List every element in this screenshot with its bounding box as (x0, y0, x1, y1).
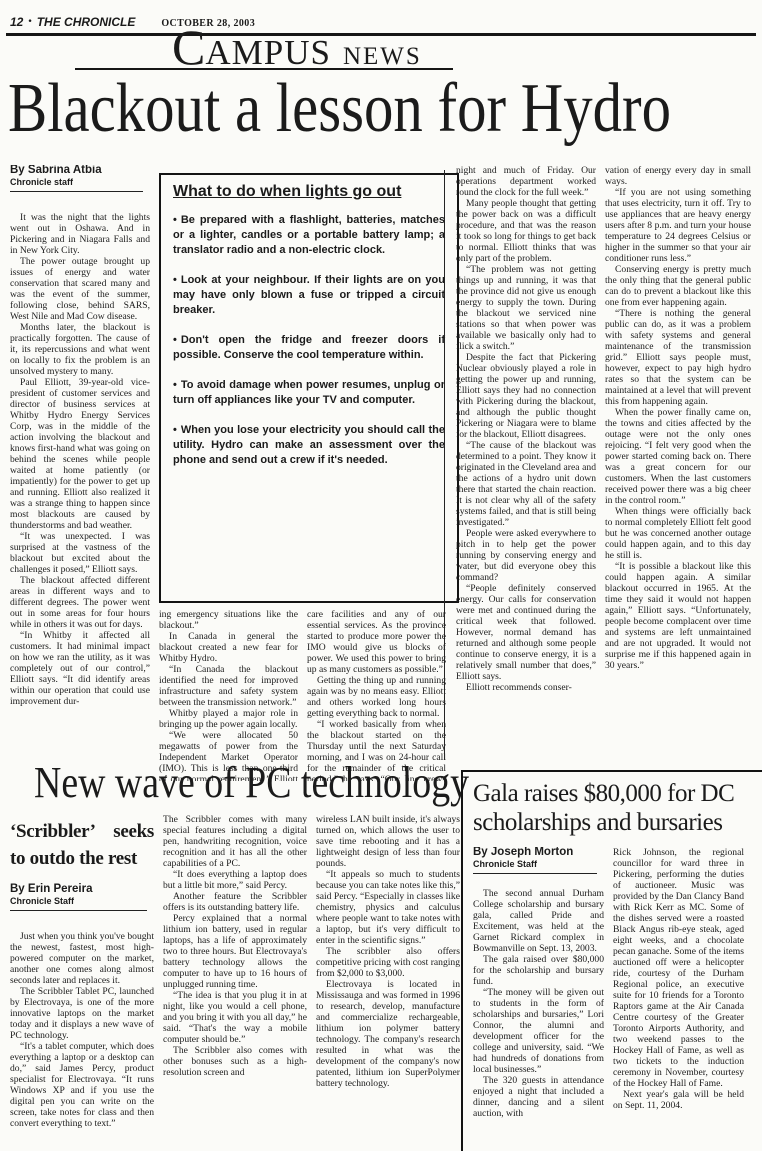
bullet-icon: • (173, 334, 177, 346)
paragraph: “In Whitby it affected all customers. It… (10, 630, 150, 707)
gala-article: Gala raises $80,000 for DC scholarships … (461, 770, 762, 1151)
bullet-icon: • (173, 424, 177, 436)
paragraph: “People definitely conserved energy. Our… (456, 583, 596, 682)
paragraph: Whitby played a major role in bringing u… (159, 708, 298, 730)
pc-article-column-2: The Scribbler comes with many special fe… (163, 814, 307, 1146)
infobox-item: •Be prepared with a flashlight, batterie… (173, 213, 445, 258)
byline: By Sabrina Atbia (10, 165, 143, 176)
paragraph: Percy explained that a normal lithium io… (163, 913, 307, 990)
byline-org: Chronicle Staff (10, 896, 147, 907)
byline-block: By Erin Pereira Chronicle Staff (10, 884, 147, 911)
infobox-item-text: To avoid damage when power resumes, unpl… (173, 379, 445, 406)
masthead-initial: C (172, 19, 205, 75)
paragraph: The gala raised over $80,000 for the sch… (473, 954, 604, 987)
newspaper-page: 12 · THE CHRONICLE OCTOBER 28, 2003 CAMP… (0, 0, 762, 1151)
column-divider-rule (444, 170, 445, 760)
paragraph: Elliott recommends conser- (456, 682, 596, 693)
byline: By Joseph Morton (473, 847, 597, 858)
byline: By Erin Pereira (10, 884, 147, 895)
gala-article-columns: By Joseph Morton Chronicle Staff The sec… (473, 847, 762, 1119)
paragraph: wireless LAN built inside, it's always t… (316, 814, 460, 869)
gala-article-column-2: Rick Johnson, the regional councillor fo… (613, 847, 744, 1119)
bullet-icon: • (173, 274, 177, 286)
gala-article-column-1: By Joseph Morton Chronicle Staff The sec… (473, 847, 604, 1119)
byline-block: By Joseph Morton Chronicle Staff (473, 847, 597, 874)
paragraph: The Scribbler Tablet PC, launched by Ele… (10, 986, 154, 1041)
paragraph: care facilities and any of our essential… (307, 609, 446, 675)
paragraph: The scribbler also offers competitive pr… (316, 946, 460, 979)
paragraph: Despite the fact that Pickering Nuclear … (456, 352, 596, 440)
paragraph: ing emergency situations like the blacko… (159, 609, 298, 631)
paragraph: Next year's gala will be held on Sept. 1… (613, 1089, 744, 1111)
infobox-list: •Be prepared with a flashlight, batterie… (173, 213, 445, 468)
gala-headline: Gala raises $80,000 for DC scholarships … (473, 779, 762, 837)
paragraph: The blackout affected different areas in… (10, 575, 150, 630)
infobox-item: •When you lose your electricity you shou… (173, 423, 445, 468)
paragraph: Just when you think you've bought the ne… (10, 931, 154, 986)
paragraph: “It is possible a blackout like this cou… (605, 561, 751, 671)
main-article-mid-columns: ing emergency situations like the blacko… (159, 609, 447, 781)
infobox-item: •Don't open the fridge and freezer doors… (173, 333, 445, 363)
infobox-item: •To avoid damage when power resumes, unp… (173, 378, 445, 408)
paragraph: “The money will be given out to students… (473, 987, 604, 1075)
paragraph: The power outage brought up issues of en… (10, 256, 150, 322)
paragraph: The Scribbler comes with many special fe… (163, 814, 307, 869)
paragraph: People were asked everywhere to pitch in… (456, 528, 596, 583)
paragraph: Another feature the Scribbler offers is … (163, 891, 307, 913)
paragraph: “It was unexpected. I was surprised at t… (10, 531, 150, 575)
masthead-rest: AMPUS (205, 33, 331, 72)
paragraph: “The cause of the blackout was determine… (456, 440, 596, 528)
column-text: It was the night that the lights went ou… (10, 212, 150, 707)
paragraph: Many people thought that getting the pow… (456, 198, 596, 264)
paragraph: Months later, the blackout is practicall… (10, 322, 150, 377)
paragraph: Conserving energy is pretty much the onl… (605, 264, 751, 308)
paragraph: “It appeals so much to students because … (316, 869, 460, 946)
main-article: By Sabrina Atbia Chronicle staff It was … (10, 165, 754, 761)
infobox-title: What to do when lights go out (173, 186, 445, 197)
masthead-second-word: NEWS (343, 43, 422, 70)
pc-subhead: ‘Scribbler’ seeks to outdo the rest (10, 818, 154, 872)
infobox-item-text: Be prepared with a flashlight, batteries… (173, 214, 445, 256)
pc-article-column-3: wireless LAN built inside, it's always t… (316, 814, 460, 1146)
main-headline: Blackout a lesson for Hydro (8, 72, 671, 146)
main-article-column-4: night and much of Friday. Our operations… (456, 165, 596, 761)
main-article-column-2: ing emergency situations like the blacko… (159, 609, 298, 781)
paragraph: Getting the thing up and running again w… (307, 675, 446, 719)
byline-block: By Sabrina Atbia Chronicle staff (10, 165, 143, 192)
paragraph: In Canada in general the blackout create… (159, 631, 298, 664)
pc-article-columns: ‘Scribbler’ seeks to outdo the rest By E… (10, 814, 462, 1146)
byline-org: Chronicle Staff (473, 859, 597, 870)
paragraph: Electrovaya is located in Mississauga an… (316, 979, 460, 1089)
paragraph: The 320 guests in attendance enjoyed a n… (473, 1075, 604, 1119)
paragraph: Rick Johnson, the regional councillor fo… (613, 847, 744, 1089)
infobox-item: •Look at your neighbour. If their lights… (173, 273, 445, 318)
column-text: The second annual Durham College scholar… (473, 888, 604, 1119)
paragraph: “It's a tablet computer, which does ever… (10, 1041, 154, 1129)
paper-name: THE CHRONICLE (37, 15, 136, 29)
infobox-item-text: Look at your neighbour. If their lights … (173, 274, 445, 316)
paragraph: Paul Elliott, 39-year-old vice-president… (10, 377, 150, 531)
paragraph: “It does everything a laptop does but a … (163, 869, 307, 891)
bullet-icon: • (173, 379, 177, 391)
paragraph: “There is nothing the general public can… (605, 308, 751, 407)
byline-org: Chronicle staff (10, 177, 143, 188)
folio-separator: · (27, 13, 32, 31)
main-article-column-1: By Sabrina Atbia Chronicle staff It was … (10, 165, 150, 761)
infobox-item-text: When you lose your electricity you shoul… (173, 424, 445, 466)
paragraph: “If you are not using something that use… (605, 187, 751, 264)
paragraph: night and much of Friday. Our operations… (456, 165, 596, 198)
paragraph: When the power finally came on, the town… (605, 407, 751, 506)
column-text: Just when you think you've bought the ne… (10, 931, 154, 1129)
pc-article: New wave of PC technology ‘Scribbler’ se… (10, 760, 462, 1146)
paragraph: When things were officially back to norm… (605, 506, 751, 561)
main-article-column-5: vation of energy every day in small ways… (605, 165, 751, 761)
section-masthead: CAMPUSNEWS (172, 26, 422, 73)
main-article-column-3: care facilities and any of our essential… (307, 609, 446, 781)
pc-headline: New wave of PC technology (34, 760, 402, 806)
main-article-middle: What to do when lights go out •Be prepar… (159, 165, 447, 761)
paragraph: vation of energy every day in small ways… (605, 165, 751, 187)
paragraph: “In Canada the blackout identified the n… (159, 664, 298, 708)
bullet-icon: • (173, 214, 177, 226)
infobox: What to do when lights go out •Be prepar… (159, 173, 459, 603)
paragraph: “The problem was not getting things up a… (456, 264, 596, 352)
pc-article-column-1: ‘Scribbler’ seeks to outdo the rest By E… (10, 814, 154, 1146)
infobox-item-text: Don't open the fridge and freezer doors … (173, 334, 445, 361)
paragraph: “The idea is that you plug it in at nigh… (163, 990, 307, 1045)
paragraph: The Scribbler also comes with other bonu… (163, 1045, 307, 1078)
paragraph: The second annual Durham College scholar… (473, 888, 604, 954)
paragraph: It was the night that the lights went ou… (10, 212, 150, 256)
page-number: 12 (10, 15, 23, 29)
